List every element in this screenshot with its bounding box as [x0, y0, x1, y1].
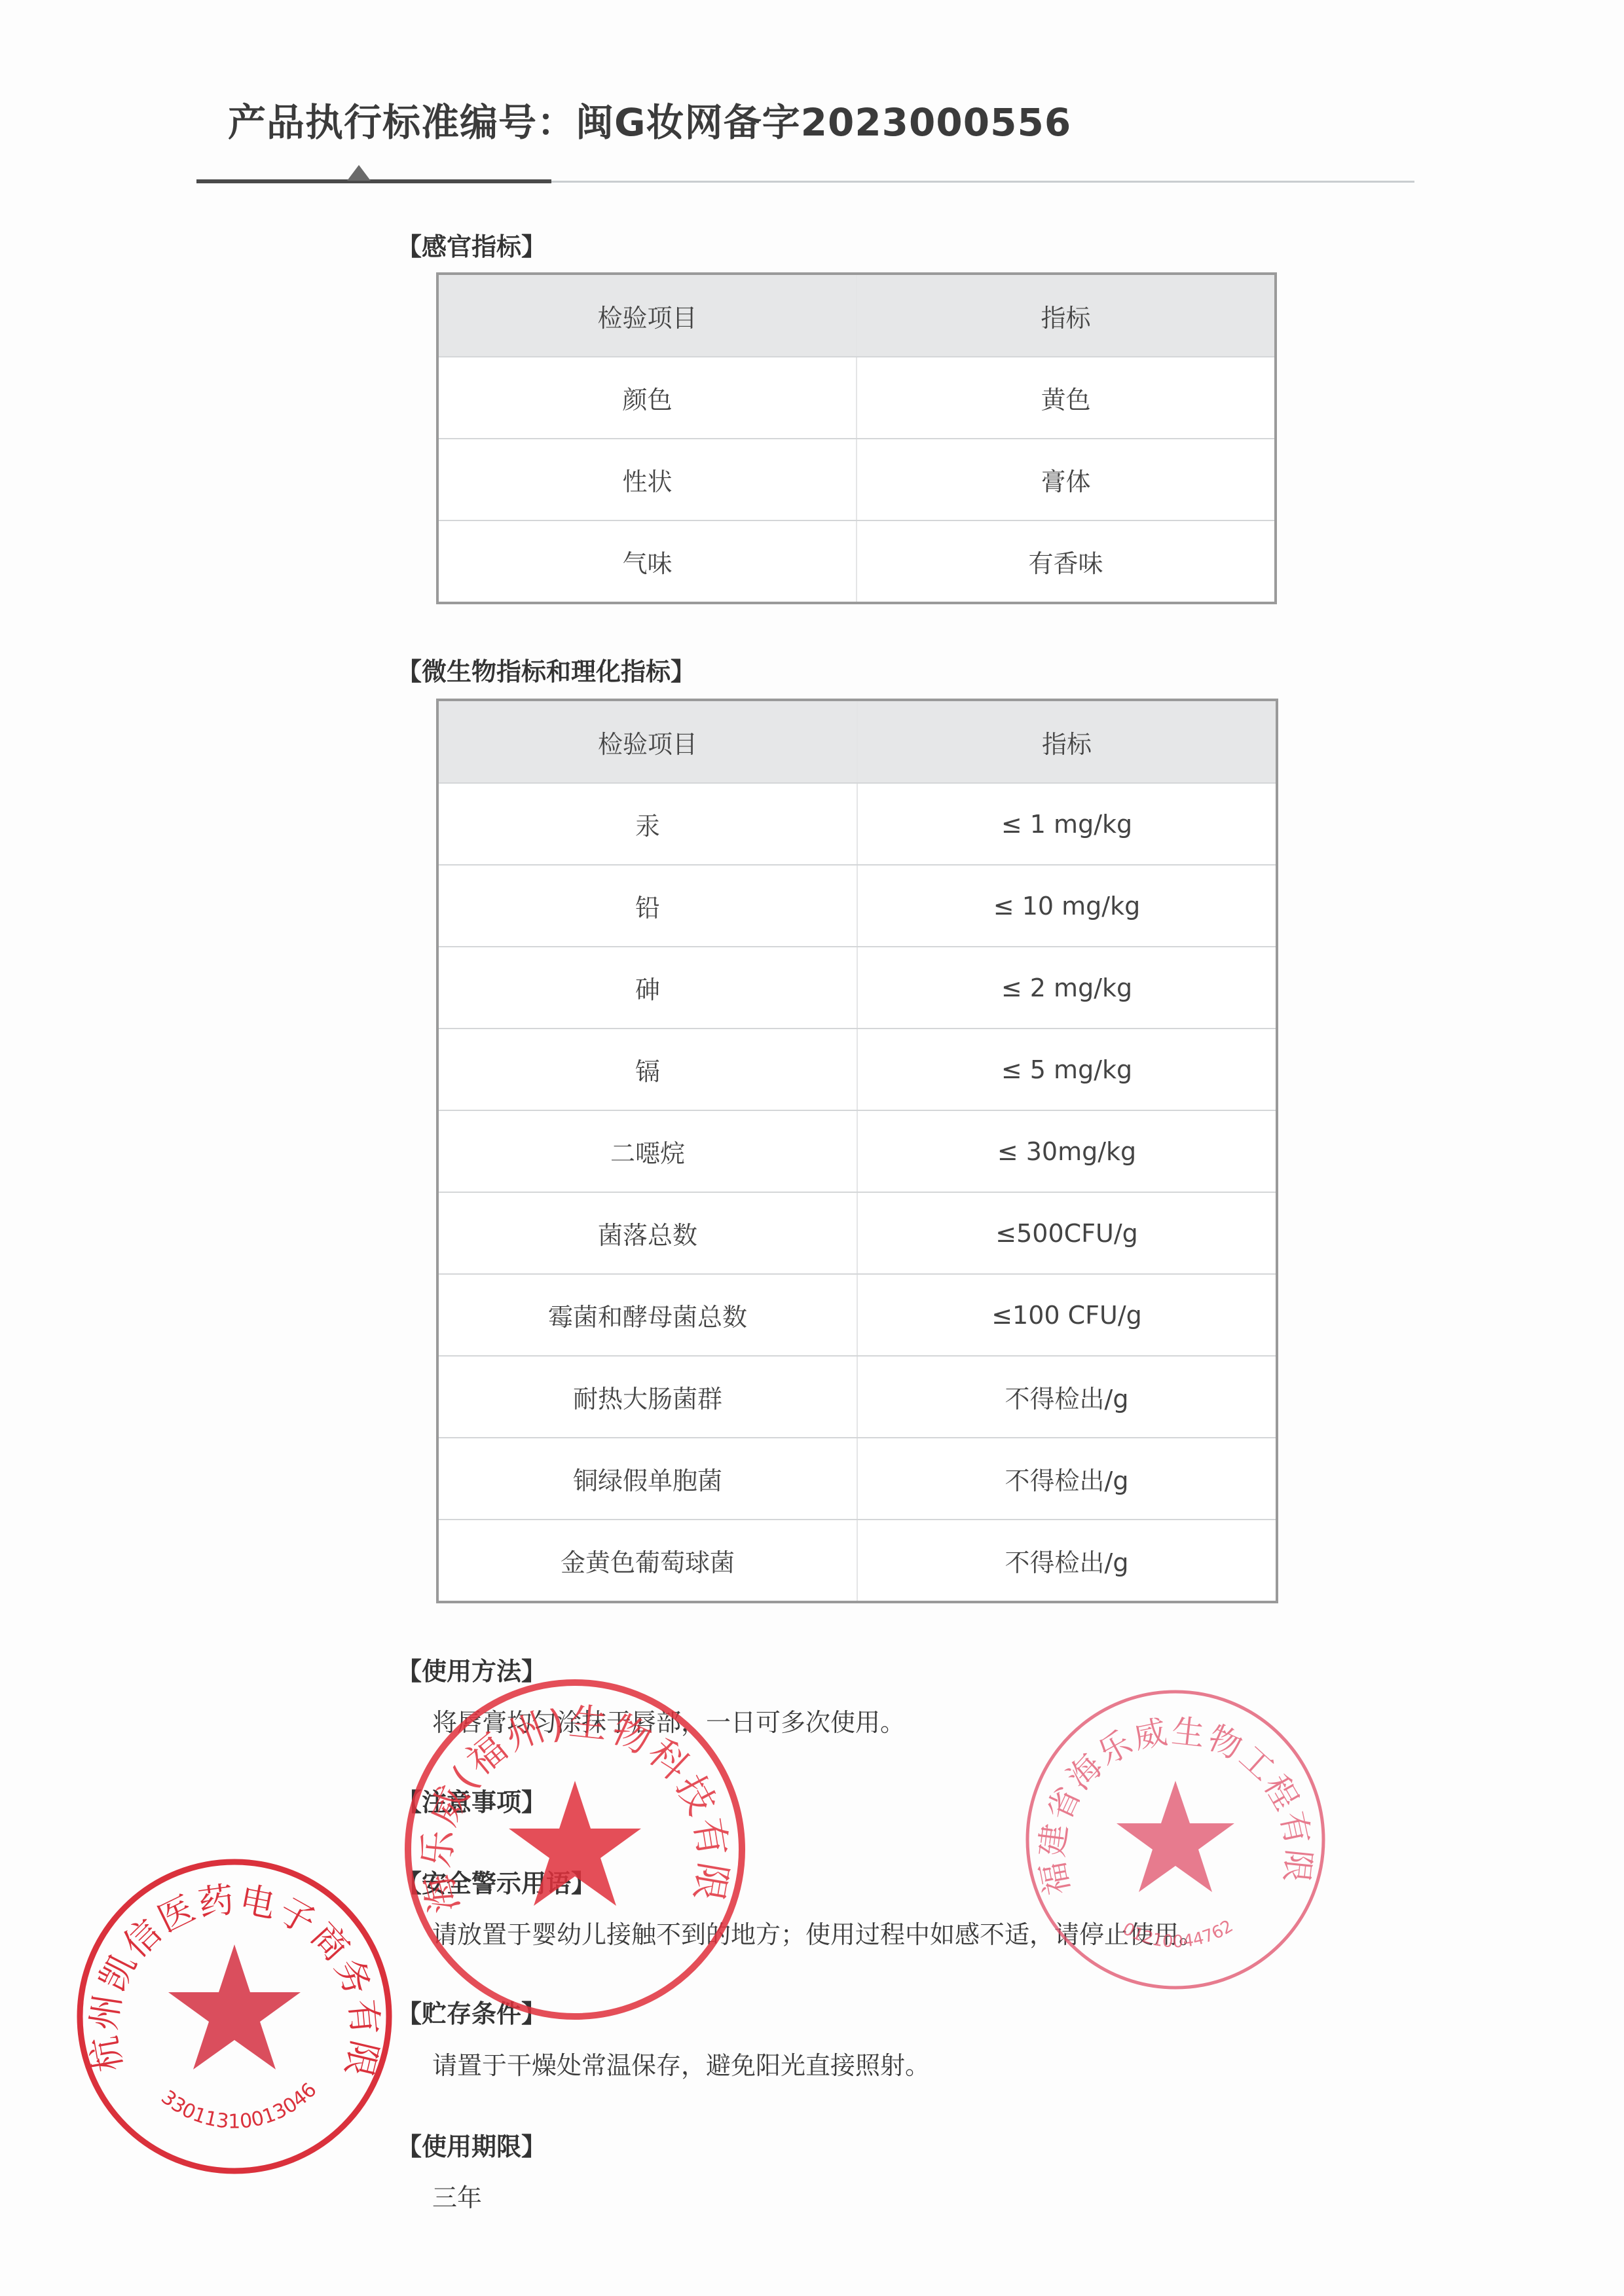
spec-value: 不得检出/g [857, 1356, 1277, 1438]
inspection-item: 气味 [437, 520, 857, 603]
table-row: 汞≤ 1 mg/kg [437, 783, 1277, 865]
spec-value: ≤ 2 mg/kg [857, 947, 1277, 1029]
table-row: 耐热大肠菌群不得检出/g [437, 1356, 1277, 1438]
inspection-item: 金黄色葡萄球菌 [437, 1520, 857, 1602]
spec-value: 不得检出/g [857, 1520, 1277, 1602]
standard-number-title: 产品执行标准编号：闽G妆网备字2023000556 [228, 92, 1071, 147]
shelf-life-section-title: 【使用期限】 [397, 2126, 546, 2162]
inspection-item: 耐热大肠菌群 [437, 1356, 857, 1438]
spec-value: 有香味 [857, 520, 1276, 603]
inspection-item: 颜色 [437, 357, 857, 439]
spec-value: ≤500CFU/g [857, 1192, 1277, 1274]
inspection-item: 汞 [437, 783, 857, 865]
notes-section-title: 【注意事项】 [397, 1782, 546, 1818]
svg-text:福建省海乐威生物工程有限公司: 福建省海乐威生物工程有限公司 [1018, 1683, 1318, 1898]
safety-section-title: 【安全警示用语】 [397, 1863, 596, 1899]
header-rule-pointer [347, 165, 371, 181]
sensory-table: 检验项目 指标 颜色黄色性状膏体气味有香味 [436, 272, 1277, 604]
column-header-spec: 指标 [857, 274, 1276, 357]
micro-section-title: 【微生物指标和理化指标】 [397, 651, 695, 687]
inspection-item: 铜绿假单胞菌 [437, 1438, 857, 1520]
spec-value: ≤ 30mg/kg [857, 1110, 1277, 1192]
shelf-life-text: 三年 [432, 2178, 482, 2214]
seal-left-name: 杭州凯信医药电子商务有限公司 [71, 1853, 386, 2083]
inspection-item: 砷 [437, 947, 857, 1029]
table-row: 菌落总数≤500CFU/g [437, 1192, 1277, 1274]
inspection-item: 镉 [437, 1029, 857, 1110]
header-rule-accent [196, 179, 551, 183]
inspection-item: 菌落总数 [437, 1192, 857, 1274]
usage-text: 将唇膏均匀涂抹于唇部，一日可多次使用。 [432, 1702, 905, 1738]
spec-value: ≤ 5 mg/kg [857, 1029, 1277, 1110]
table-row: 二噁烷≤ 30mg/kg [437, 1110, 1277, 1192]
micro-table: 检验项目 指标 汞≤ 1 mg/kg铅≤ 10 mg/kg砷≤ 2 mg/kg镉… [436, 699, 1278, 1603]
inspection-item: 霉菌和酵母菌总数 [437, 1274, 857, 1356]
seal-star-icon [1116, 1781, 1234, 1892]
safety-text: 请放置于婴幼儿接触不到的地方；使用过程中如感不适，请停止使用。 [432, 1914, 1204, 1950]
usage-section-title: 【使用方法】 [397, 1651, 546, 1687]
table-row: 颜色黄色 [437, 357, 1276, 439]
table-row: 镉≤ 5 mg/kg [437, 1029, 1277, 1110]
svg-text:33011310013046: 33011310013046 [157, 2079, 321, 2134]
storage-section-title: 【贮存条件】 [397, 1994, 546, 2030]
spec-value: 黄色 [857, 357, 1276, 439]
storage-text: 请置于干燥处常温保存，避免阳光直接照射。 [432, 2045, 930, 2081]
column-header-spec: 指标 [857, 700, 1277, 783]
svg-text:杭州凯信医药电子商务有限公司: 杭州凯信医药电子商务有限公司 [71, 1853, 386, 2083]
inspection-item: 铅 [437, 865, 857, 947]
seal-star-icon [168, 1944, 301, 2069]
seal-right-name: 福建省海乐威生物工程有限公司 [1018, 1683, 1318, 1898]
company-seal-left: 杭州凯信医药电子商务有限公司 33011310013046 [71, 1853, 398, 2180]
table-row: 铜绿假单胞菌不得检出/g [437, 1438, 1277, 1520]
inspection-item: 二噁烷 [437, 1110, 857, 1192]
table-row: 铅≤ 10 mg/kg [437, 865, 1277, 947]
spec-value: ≤100 CFU/g [857, 1274, 1277, 1356]
column-header-item: 检验项目 [437, 700, 857, 783]
micro-rows: 汞≤ 1 mg/kg铅≤ 10 mg/kg砷≤ 2 mg/kg镉≤ 5 mg/k… [437, 783, 1277, 1602]
spec-value: ≤ 10 mg/kg [857, 865, 1277, 947]
table-row: 气味有香味 [437, 520, 1276, 603]
sensory-section-title: 【感官指标】 [397, 227, 546, 263]
sensory-rows: 颜色黄色性状膏体气味有香味 [437, 357, 1276, 603]
table-row: 霉菌和酵母菌总数≤100 CFU/g [437, 1274, 1277, 1356]
spec-value: 膏体 [857, 439, 1276, 520]
column-header-item: 检验项目 [437, 274, 857, 357]
table-row: 砷≤ 2 mg/kg [437, 947, 1277, 1029]
table-row: 金黄色葡萄球菌不得检出/g [437, 1520, 1277, 1602]
table-row: 性状膏体 [437, 439, 1276, 520]
inspection-item: 性状 [437, 439, 857, 520]
spec-value: 不得检出/g [857, 1438, 1277, 1520]
spec-value: ≤ 1 mg/kg [857, 783, 1277, 865]
